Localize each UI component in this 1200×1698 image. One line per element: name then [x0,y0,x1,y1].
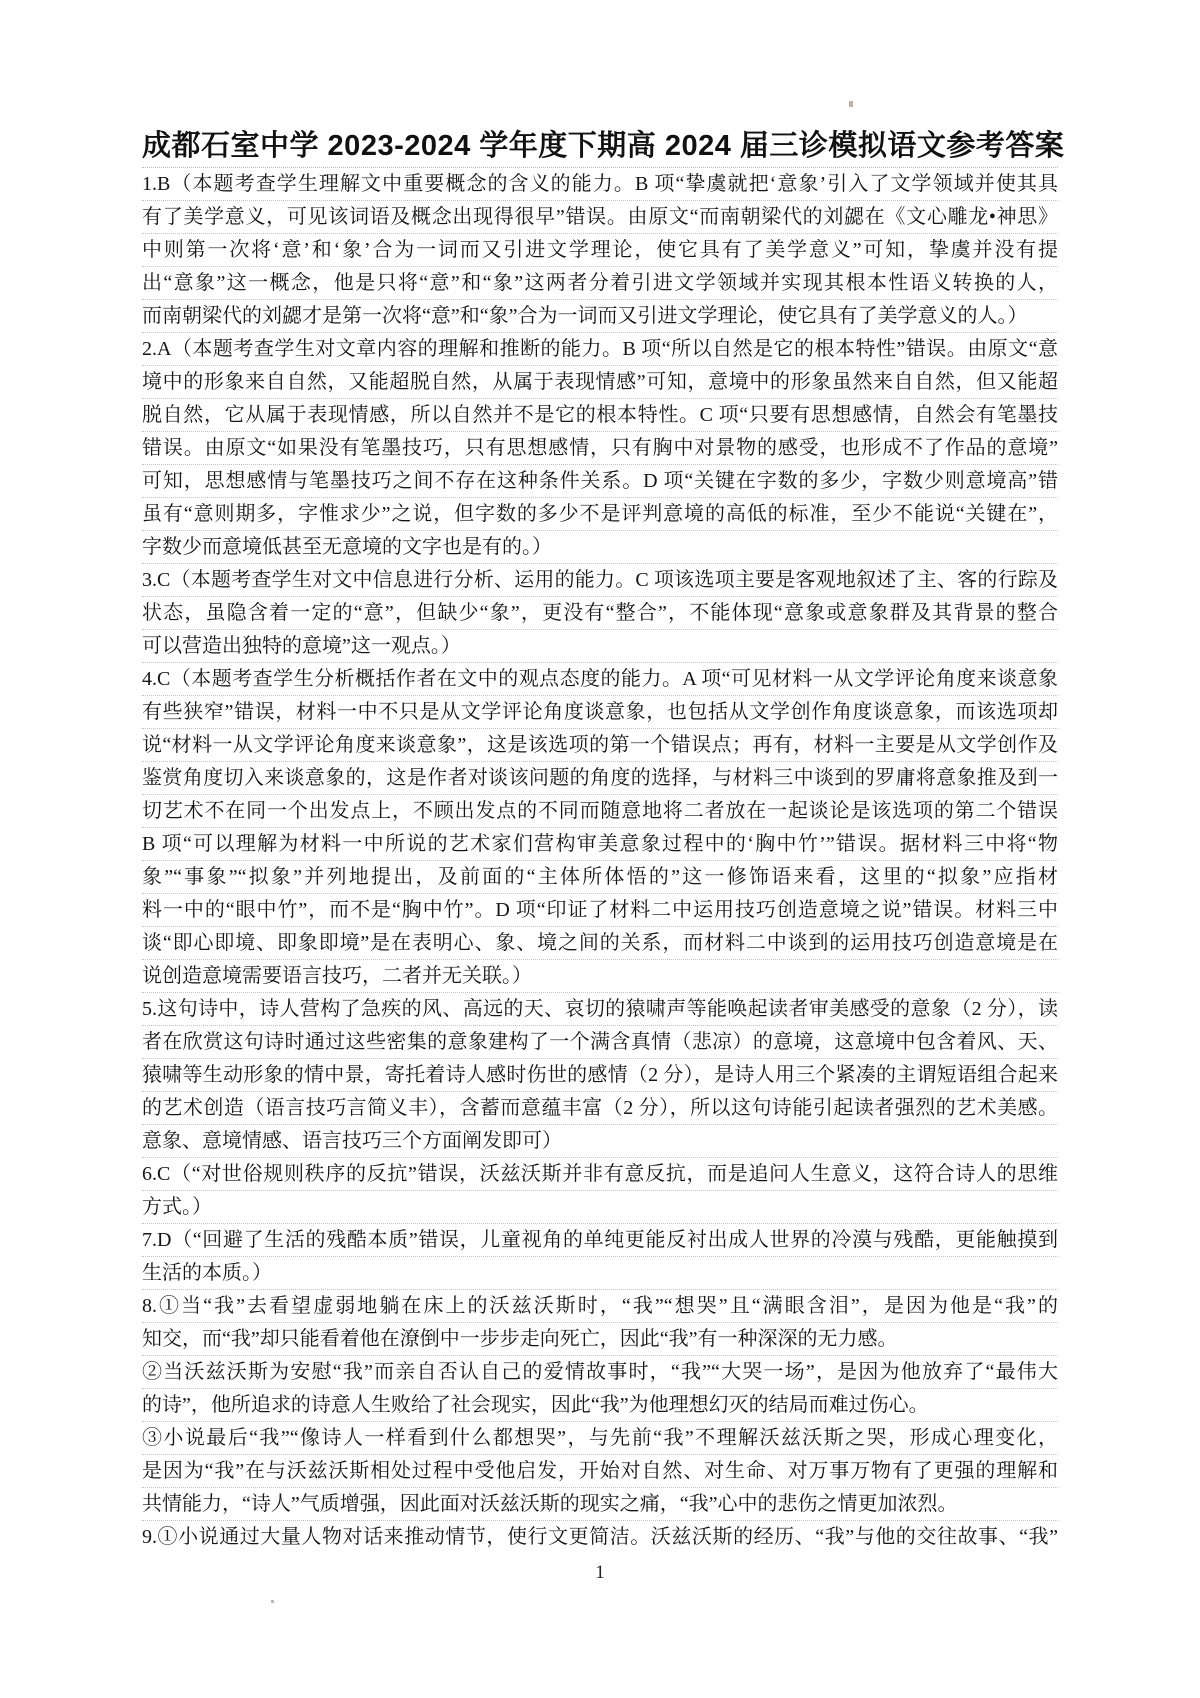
answer-line: 是因为“我”在与沃兹沃斯相处过程中受他启发，开始对自然、对生命、对万事万物有了更… [142,1455,1058,1488]
answer-line: 鉴赏角度切入来谈意象的，这是作者对谈该问题的角度的选择，与材料三中谈到的罗庸将意… [142,762,1058,795]
answer-line: 7.D（“回避了生活的残酷本质”错误，儿童视角的单纯更能反衬出成人世界的冷漠与残… [142,1224,1058,1257]
answer-line: 脱自然，它从属于表现情感，所以自然并不是它的根本特性。C 项“只要有思想感情，自… [142,399,1058,432]
answer-line: 猿啸等生动形象的情中景，寄托着诗人感时伤世的感情（2 分），是诗人用三个紧凑的主… [142,1059,1058,1092]
answer-sheet-page: { "title": "成都石室中学 2023-2024 学年度下期高 2024… [0,0,1200,1698]
answer-line: 可知，思想感情与笔墨技巧之间不存在这种条件关系。D 项“关键在字数的多少，字数少… [142,465,1058,498]
document-body: 成都石室中学 2023-2024 学年度下期高 2024 届三诊模拟语文参考答案… [142,127,1058,1584]
page-title: 成都石室中学 2023-2024 学年度下期高 2024 届三诊模拟语文参考答案 [142,127,1058,168]
answer-line: ②当沃兹沃斯为安慰“我”而亲自否认自己的爱情故事时，“我”“大哭一场”，是因为他… [142,1356,1058,1389]
answer-line: 意象、意境情感、语言技巧三个方面阐发即可） [142,1125,1058,1158]
answer-line: 字数少而意境低甚至无意境的文字也是有的。） [142,531,1058,564]
answer-line: 说“材料一从文学评论角度来谈意象”，这是该选项的第一个错误点；再有，材料一主要是… [142,729,1058,762]
answer-line: 8.①当“我”去看望虚弱地躺在床上的沃兹沃斯时，“我”“想哭”且“满眼含泪”，是… [142,1290,1058,1323]
answer-line: 知交，而“我”却只能看着他在潦倒中一步步走向死亡，因此“我”有一种深深的无力感。 [142,1323,1058,1356]
answer-line: 生活的本质。） [142,1257,1058,1290]
answer-line: 中则第一次将‘意’和‘象’合为一词而又引进文学理论，使它具有了美学意义”可知，挚… [142,234,1058,267]
answer-line: 方式。） [142,1191,1058,1224]
answer-text-block: 1.B（本题考查学生理解文中重要概念的含义的能力。B 项“挚虞就把‘意象’引入了… [142,168,1058,1554]
answer-line: 错误。由原文“如果没有笔墨技巧，只有思想感情，只有胸中对景物的感受，也形成不了作… [142,432,1058,465]
answer-line: 出“意象”这一概念，他是只将“意”和“象”这两者分着引进文学领域并实现其根本性语… [142,267,1058,300]
answer-line: 4.C（本题考查学生分析概括作者在文中的观点态度的能力。A 项“可见材料一从文学… [142,663,1058,696]
answer-line: 可以营造出独特的意境”这一观点。） [142,630,1058,663]
answer-line: 者在欣赏这句诗时通过这些密集的意象建构了一个满含真情（悲凉）的意境，这意境中包含… [142,1026,1058,1059]
answer-line: 6.C（“对世俗规则秩序的反抗”错误，沃兹沃斯并非有意反抗，而是追问人生意义，这… [142,1158,1058,1191]
answer-line: 状态，虽隐含着一定的“意”，但缺少“象”，更没有“整合”，不能体现“意象或意象群… [142,597,1058,630]
answer-line: 的诗”，他所追求的诗意人生败给了社会现实，因此“我”为他理想幻灭的结局而难过伤心… [142,1389,1058,1422]
answer-line: 的艺术创造（语言技巧言简义丰），含蓄而意蕴丰富（2 分），所以这句诗能引起读者强… [142,1092,1058,1125]
answer-line: 象”“事象”“拟象”并列地提出，及前面的“主体所体悟的”这一修饰语来看，这里的“… [142,861,1058,894]
answer-line: 虽有“意则期多，字惟求少”之说，但字数的多少不是评判意境的高低的标准，至少不能说… [142,498,1058,531]
scan-artifact-dot [849,101,853,107]
answer-line: 境中的形象来自自然，又能超脱自然，从属于表现情感”可知，意境中的形象虽然来自自然… [142,366,1058,399]
answer-line: 有了美学意义，可见该词语及概念出现得很早”错误。由原文“而南朝梁代的刘勰在《文心… [142,201,1058,234]
answer-line: 1.B（本题考查学生理解文中重要概念的含义的能力。B 项“挚虞就把‘意象’引入了… [142,168,1058,201]
answer-line: 料一中的“眼中竹”，而不是“胸中竹”。D 项“印证了材料二中运用技巧创造意境之说… [142,894,1058,927]
answer-line: 3.C（本题考查学生对文中信息进行分析、运用的能力。C 项该选项主要是客观地叙述… [142,564,1058,597]
answer-line: 说创造意境需要语言技巧，二者并无关联。） [142,960,1058,993]
answer-line: 谈“即心即境、即象即境”是在表明心、象、境之间的关系，而材料二中谈到的运用技巧创… [142,927,1058,960]
answer-line: 共情能力，“诗人”气质增强，因此面对沃兹沃斯的现实之痛，“我”心中的悲伤之情更加… [142,1488,1058,1521]
answer-line: ③小说最后“我”“像诗人一样看到什么都想哭”，与先前“我”不理解沃兹沃斯之哭，形… [142,1422,1058,1455]
answer-line: 9.①小说通过大量人物对话来推动情节，使行文更简洁。沃兹沃斯的经历、“我”与他的… [142,1521,1058,1554]
scan-artifact-dot [271,1600,274,1603]
page-number: 1 [142,1562,1058,1584]
answer-line: 有些狭窄”错误，材料一中不只是从文学评论角度谈意象，也包括从文学创作角度谈意象，… [142,696,1058,729]
answer-line: 切艺术不在同一个出发点上，不顾出发点的不同而随意地将二者放在一起谈论是该选项的第… [142,795,1058,828]
answer-line: B 项“可以理解为材料一中所说的艺术家们营构审美意象过程中的‘胸中竹’”错误。据… [142,828,1058,861]
answer-line: 2.A（本题考查学生对文章内容的理解和推断的能力。B 项“所以自然是它的根本特性… [142,333,1058,366]
answer-line: 而南朝梁代的刘勰才是第一次将“意”和“象”合为一词而又引进文学理论，使它具有了美… [142,300,1058,333]
answer-line: 5.这句诗中，诗人营构了急疾的风、高远的天、哀切的猿啸声等能唤起读者审美感受的意… [142,993,1058,1026]
